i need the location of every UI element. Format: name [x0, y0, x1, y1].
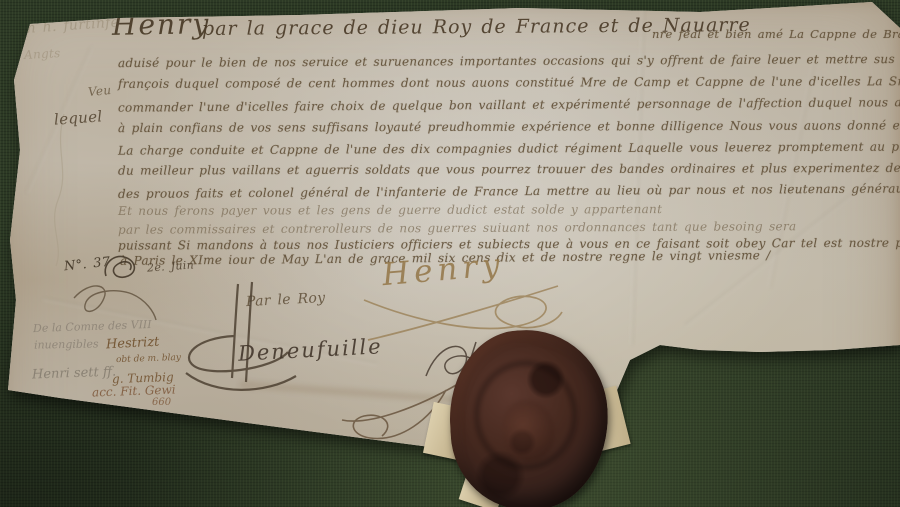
archival-note: En h. furtinfé: [16, 14, 120, 37]
manuscript-opening-word: Henry: [112, 7, 211, 42]
registry-note: obt de m. blay: [116, 353, 181, 365]
registry-note: 660: [152, 397, 171, 408]
countersign-par-le-roy: Par le Roy: [246, 290, 326, 310]
registry-note: Henri sett ff.: [32, 365, 117, 383]
manuscript-body-line: françois duquel composé de cent hommes d…: [118, 73, 900, 91]
manuscript-body-line: aduisé pour le bien de nos seruice et su…: [118, 50, 900, 70]
margin-note: lequel: [53, 107, 103, 128]
faded-flourish: [34, 110, 94, 270]
manuscript-body-line: des prouos faits et colonel général de l…: [118, 179, 900, 201]
manuscript-body-line: La charge conduite et Cappne de l'une de…: [118, 138, 900, 157]
manuscript-body-line: par les commissaires et contrerolleurs d…: [118, 219, 797, 237]
manuscript-body-line: du meilleur plus vaillans et aguerris so…: [118, 160, 900, 177]
registry-note: De la Comne des VIII: [33, 318, 152, 335]
margin-note: Veu: [87, 83, 111, 99]
manuscript-body-line: Et nous ferons payer vous et les gens de…: [118, 202, 662, 218]
secretary-signature: Deneufuille: [237, 334, 383, 366]
registry-note: Hestrizt: [106, 335, 160, 353]
background-cloth: En h. furtinfé Angts Henry par la grace …: [0, 0, 900, 507]
manuscript-opening-continuation: nre feal et bien amé La Cappne de Bragar…: [652, 27, 900, 41]
manuscript-body-line: à plain confians de vos sens suffisans l…: [118, 117, 900, 135]
filing-date-note: 2e. Juin: [147, 258, 195, 274]
manuscript-body-line: commander l'une d'icelles faire choix de…: [118, 93, 900, 114]
registry-note: inuengibles: [34, 337, 99, 351]
doc-number-note: N°. 37: [63, 255, 111, 275]
archival-note: Angts: [24, 46, 61, 62]
